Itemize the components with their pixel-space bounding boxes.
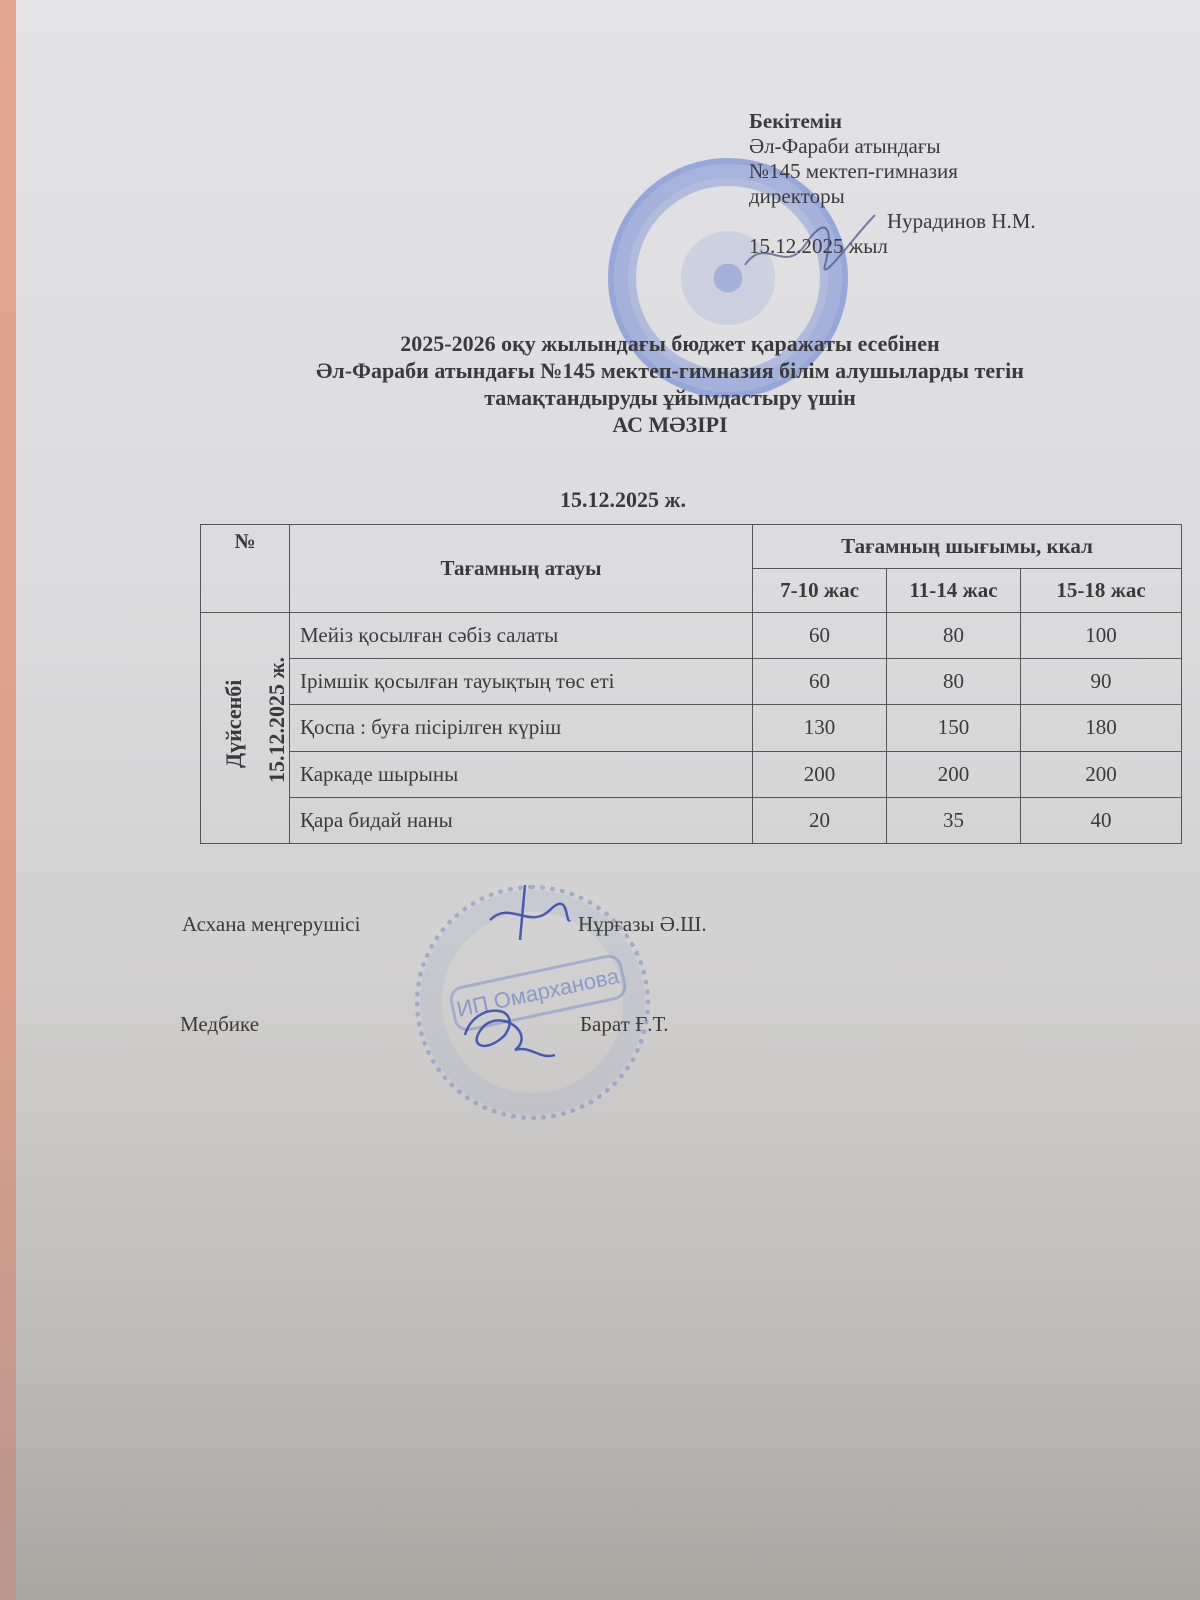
kcal-value: 90 — [1021, 659, 1182, 705]
table-row: Ірімшік қосылған тауықтың төс еті 60 80 … — [201, 659, 1182, 705]
title-line-3: тамақтандыруды ұйымдастыру үшін — [200, 384, 1140, 411]
nurse-name: Барат Ғ.Т. — [580, 1012, 668, 1037]
kcal-value: 40 — [1021, 797, 1182, 843]
header-number: № — [201, 525, 290, 613]
kcal-value: 200 — [1021, 751, 1182, 797]
kcal-value: 100 — [1021, 613, 1182, 659]
background-edge — [0, 0, 16, 1600]
kcal-value: 180 — [1021, 705, 1182, 751]
table-row: Каркаде шырыны 200 200 200 — [201, 751, 1182, 797]
dish-name: Каркаде шырыны — [290, 751, 753, 797]
canteen-role: Асхана меңгерушісі — [182, 912, 360, 937]
canteen-name: Нұрғазы Ә.Ш. — [578, 912, 707, 937]
approval-block: Бекітемін Әл-Фараби атындағы №145 мектеп… — [749, 109, 1036, 259]
kcal-value: 130 — [753, 705, 887, 751]
approval-date: 15.12.2025 жыл — [749, 234, 1036, 259]
table-row: Қоспа : буға пісірілген күріш 130 150 18… — [201, 705, 1182, 751]
menu-table: № Тағамның атауы Тағамның шығымы, ккал 7… — [200, 524, 1182, 844]
header-yield: Тағамның шығымы, ккал — [753, 525, 1182, 569]
kcal-value: 80 — [887, 613, 1021, 659]
kcal-value: 200 — [753, 751, 887, 797]
menu-date: 15.12.2025 ж. — [560, 487, 686, 513]
dish-name: Мейіз қосылған сәбіз салаты — [290, 613, 753, 659]
kcal-value: 60 — [753, 659, 887, 705]
approval-heading: Бекітемін — [749, 109, 1036, 134]
day-cell: Дүйсенбі 15.12.2025 ж. — [201, 613, 290, 844]
kcal-value: 150 — [887, 705, 1021, 751]
title-line-4: АС МӘЗІРІ — [200, 411, 1140, 438]
approval-line-1: Әл-Фараби атындағы — [749, 134, 1036, 159]
dish-name: Қара бидай наны — [290, 797, 753, 843]
kcal-value: 35 — [887, 797, 1021, 843]
header-age-2: 11-14 жас — [887, 569, 1021, 613]
kcal-value: 200 — [887, 751, 1021, 797]
director-name: Нурадинов Н.М. — [749, 209, 1036, 234]
title-line-1: 2025-2026 оқу жылындағы бюджет қаражаты … — [200, 330, 1140, 357]
table-row: Дүйсенбі 15.12.2025 ж. Мейіз қосылған сә… — [201, 613, 1182, 659]
day-date: 15.12.2025 ж. — [264, 657, 290, 783]
header-dish-name: Тағамның атауы — [290, 525, 753, 613]
table-row: Қара бидай наны 20 35 40 — [201, 797, 1182, 843]
approval-line-3: директоры — [749, 184, 1036, 209]
nurse-role: Медбике — [180, 1012, 259, 1037]
header-age-3: 15-18 жас — [1021, 569, 1182, 613]
title-line-2: Әл-Фараби атындағы №145 мектеп-гимназия … — [200, 357, 1140, 384]
dish-name: Ірімшік қосылған тауықтың төс еті — [290, 659, 753, 705]
dish-name: Қоспа : буға пісірілген күріш — [290, 705, 753, 751]
kcal-value: 20 — [753, 797, 887, 843]
document-title: 2025-2026 оқу жылындағы бюджет қаражаты … — [200, 330, 1140, 438]
kcal-value: 60 — [753, 613, 887, 659]
header-age-1: 7-10 жас — [753, 569, 887, 613]
kcal-value: 80 — [887, 659, 1021, 705]
day-label: Дүйсенбі — [221, 680, 247, 768]
approval-line-2: №145 мектеп-гимназия — [749, 159, 1036, 184]
